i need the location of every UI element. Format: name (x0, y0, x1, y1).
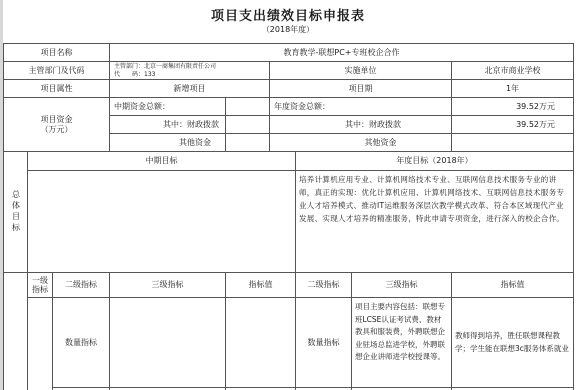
annual-other-label: 其他资金 (269, 133, 452, 152)
overall-goal-label: 总体目标 (3, 151, 28, 273)
annual-fiscal-label: 其中：财政拨款 (269, 115, 452, 134)
mid-other-value[interactable] (225, 133, 270, 152)
value-cell-left[interactable] (225, 297, 296, 388)
mid-other-label: 其他资金 (109, 133, 226, 152)
dept-value[interactable]: 主管部门：北京一商集团有限责任公司 代 码：133 (109, 61, 270, 80)
overall-goal-label-text: 总体目标 (11, 190, 21, 234)
mid-total-value[interactable] (225, 97, 270, 116)
mid-term-goal-header: 中期目标 (27, 151, 296, 171)
annual-total-value[interactable]: 39.52万元 (451, 97, 574, 116)
annual-goal-header: 年度目标（2018年） (295, 151, 574, 171)
annual-other-value[interactable] (451, 133, 574, 152)
document-title: 项目支出绩效目标申报表 (0, 5, 576, 24)
level3-header-right: 三级指标 (351, 272, 452, 298)
dept-name: 主管部门：北京一商集团有限责任公司 (114, 63, 216, 71)
level3-cell-right[interactable]: 项目主要内容包括：联想专班LCSE认证考试费、教材教具和服装费，外聘联想企业驻场… (351, 297, 452, 388)
funds-label-line1: 项目资金 (41, 115, 73, 125)
level1-header: 一级指标 (27, 272, 53, 298)
level2-header-left: 二级指标 (52, 272, 110, 298)
impl-unit-label: 实施单位 (269, 61, 452, 80)
mid-fiscal-value[interactable] (225, 115, 270, 134)
value-header-left: 指标值 (225, 272, 296, 298)
funds-label-line2: （万元） (41, 125, 73, 135)
value-header-right: 指标值 (451, 272, 574, 298)
annual-total-label: 年度资金总额： (269, 97, 452, 116)
attribute-label: 项目属性 (3, 79, 110, 98)
dept-label: 主管部门及代码 (3, 61, 110, 80)
level3-cell-left[interactable] (109, 297, 226, 388)
annual-goal-text[interactable]: 培养计算机应用专业、计算机网络技术专业、互联网信息技术服务专业的讲师，真正的实现… (295, 170, 574, 273)
indicators-outer-blank (3, 272, 28, 390)
mid-fiscal-label: 其中：财政拨款 (109, 115, 226, 134)
project-name-value[interactable]: 教育教学-联想PC+专班校企合作 (109, 43, 574, 62)
mid-term-goal-text[interactable] (27, 170, 296, 273)
value-cell-right[interactable]: 教师得到培养，胜任联想课程教学；学生能在联想3c服务体系就业 (451, 297, 574, 388)
level3-header-left: 三级指标 (109, 272, 226, 298)
period-value[interactable]: 1年 (451, 79, 574, 98)
attribute-value[interactable]: 新增项目 (109, 79, 270, 98)
funds-label: 项目资金 （万元） (3, 97, 110, 152)
level2-header-right: 二级指标 (295, 272, 352, 298)
mid-total-label: 中期资金总额： (109, 97, 226, 116)
dept-code: 代 码：133 (114, 71, 155, 79)
project-name-label: 项目名称 (3, 43, 110, 62)
annual-fiscal-value[interactable]: 39.52万元 (451, 115, 574, 134)
document-subtitle: （2018年度） (0, 24, 576, 35)
period-label: 项目期 (269, 79, 452, 98)
impl-unit-value[interactable]: 北京市商业学校 (451, 61, 574, 80)
level2-cell-right: 数量指标 (295, 297, 352, 388)
level2-cell-left: 数量指标 (52, 297, 110, 388)
level1-cell (27, 297, 53, 390)
